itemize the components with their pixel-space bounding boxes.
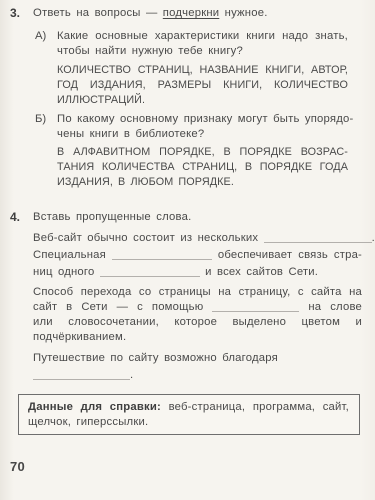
line-text: . <box>130 369 133 381</box>
item-b-question-line: По какому основному признаку могут быть … <box>57 112 348 127</box>
item-a-options-line: КОЛИЧЕСТВО СТРАНИЦ, НАЗВАНИЕ КНИГИ, АВТО… <box>57 63 348 78</box>
fill-in-line: Способ перехода со страницы на страницу,… <box>33 285 362 300</box>
fill-in-line: сайт в Сети — с помощью на слове <box>33 300 362 315</box>
task3-title-underlined-word: подчеркни <box>163 7 220 19</box>
line-text: сайт в Сети — с помощью <box>33 301 203 313</box>
task-4: 4. Вставь пропущенные слова. Веб-сайт об… <box>33 210 362 384</box>
task3-item-b: Б) По какому основному признаку могут бы… <box>57 112 362 190</box>
task4-number: 4. <box>10 210 20 224</box>
item-a-options: КОЛИЧЕСТВО СТРАНИЦ, НАЗВАНИЕ КНИГИ, АВТО… <box>57 63 348 108</box>
item-b-options: В АЛФАВИТНОМ ПОРЯДКЕ, В ПОРЯДКЕ ВОЗРАС- … <box>57 145 348 190</box>
fill-in-line: Веб-сайт обычно состоит из нескольких . <box>33 230 362 247</box>
item-a-options-line: ИЛЛЮСТРАЦИЙ. <box>57 93 348 108</box>
reference-box: Данные для справки: веб-страница, програ… <box>18 394 360 435</box>
task4-paragraph-3: Путешествие по сайту возможно благодаря … <box>33 350 362 384</box>
task-3: 3. Ответь на вопросы — подчеркни нужное.… <box>33 6 362 190</box>
fill-in-line: . <box>33 367 362 384</box>
item-a-question-line: Какие основные характеристики книги надо… <box>57 29 348 44</box>
item-b-label: Б) <box>35 112 46 127</box>
task4-paragraph-2: Способ перехода со страницы на страницу,… <box>33 285 362 345</box>
fill-in-line: подчёркиванием. <box>33 330 362 345</box>
item-b-options-line: ТАНИЯ КОЛИЧЕСТВА СТРАНИЦ, В ПОРЯДКЕ ГОДА <box>57 160 348 175</box>
item-b-question-line: чены книги в библиотеке? <box>57 127 348 142</box>
fill-in-line: или словосочетании, которое выделено цве… <box>33 315 362 330</box>
task3-item-a: А) Какие основные характеристики книги н… <box>57 29 362 108</box>
blank-line <box>33 376 130 380</box>
task3-title: Ответь на вопросы — подчеркни нужное. <box>33 6 362 21</box>
line-text: на слове <box>308 301 362 313</box>
reference-line: щелчок, гиперссылки. <box>28 415 349 430</box>
task3-header: 3. Ответь на вопросы — подчеркни нужное. <box>33 6 362 21</box>
line-text: и всех сайтов Сети. <box>205 266 318 278</box>
line-text: Веб-сайт обычно состоит из нескольких <box>33 232 258 244</box>
fill-in-line: Специальная обеспечивает связь стра- <box>33 247 362 264</box>
reference-line: Данные для справки: веб-страница, програ… <box>28 400 349 415</box>
task3-number: 3. <box>10 6 20 20</box>
line-text: Специальная <box>33 249 106 261</box>
line-text: . <box>372 232 375 244</box>
item-a-question-line: чтобы найти нужную тебе книгу? <box>57 44 348 59</box>
item-b-options-line: В АЛФАВИТНОМ ПОРЯДКЕ, В ПОРЯДКЕ ВОЗРАС- <box>57 145 348 160</box>
blank-line <box>112 256 212 260</box>
blank-line <box>264 239 372 243</box>
page-number: 70 <box>10 459 362 474</box>
line-text: обеспечивает связь стра- <box>218 249 362 261</box>
fill-in-line: Путешествие по сайту возможно благодаря <box>33 350 362 367</box>
line-text: ниц одного <box>33 266 94 278</box>
reference-text: веб-страница, программа, сайт, <box>169 401 349 413</box>
item-b-options-line: ИЗДАНИЯ, В ЛЮБОМ ПОРЯДКЕ. <box>57 175 348 190</box>
task3-title-post: нужное. <box>219 7 267 19</box>
reference-label: Данные для справки: <box>28 401 161 413</box>
task4-paragraph-1: Веб-сайт обычно состоит из нескольких . … <box>33 230 362 281</box>
item-a-label: А) <box>35 29 46 44</box>
workbook-page: 3. Ответь на вопросы — подчеркни нужное.… <box>0 0 375 500</box>
item-a-options-line: ГОД ИЗДАНИЯ, РАЗМЕРЫ КНИГИ, КОЛИЧЕСТВО <box>57 78 348 93</box>
task3-title-pre: Ответь на вопросы — <box>33 7 163 19</box>
fill-in-line: ниц одного и всех сайтов Сети. <box>33 264 362 281</box>
task4-title: Вставь пропущенные слова. <box>33 210 362 225</box>
blank-line <box>100 273 200 277</box>
blank-line <box>212 308 299 312</box>
